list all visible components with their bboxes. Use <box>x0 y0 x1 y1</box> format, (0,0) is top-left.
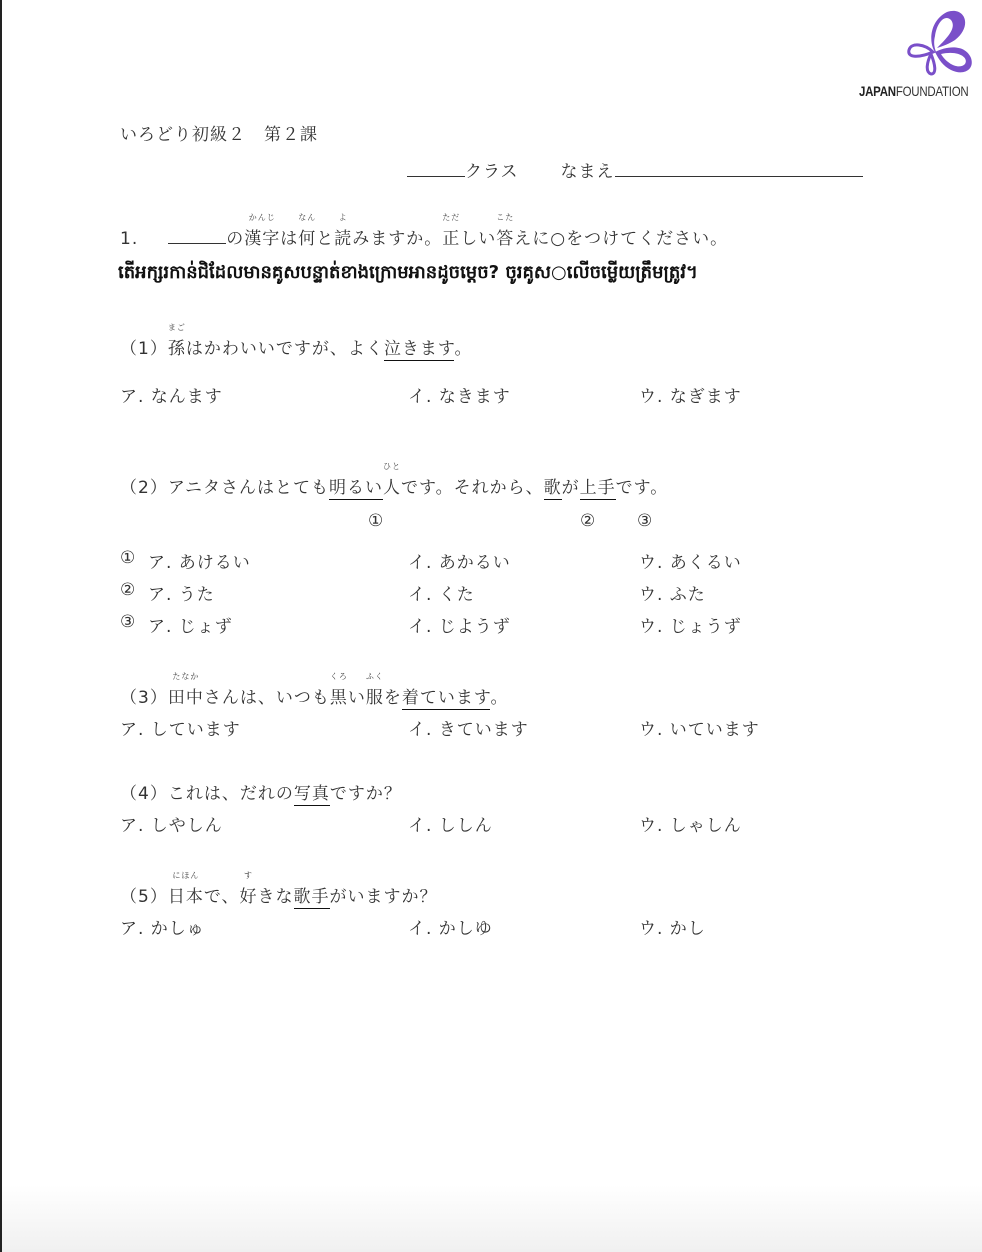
text: 。 <box>490 688 508 708</box>
text: 。 <box>454 339 472 359</box>
class-name-row: クラスなまえ <box>407 157 863 182</box>
text: です。 <box>616 478 669 498</box>
text: が <box>562 478 580 498</box>
name-label: なまえ <box>561 162 615 182</box>
text: さんは、いつも <box>204 688 330 708</box>
text: い <box>348 688 366 708</box>
q1-option-u[interactable]: ウ. なぎます <box>639 382 742 407</box>
text: えに○をつけてください。 <box>514 229 728 249</box>
q2-row2-option-a[interactable]: ア. うた <box>148 580 215 605</box>
question-number: 1. <box>120 229 138 249</box>
instruction-blank <box>168 226 226 244</box>
q2-row1-option-a[interactable]: ア. あけるい <box>148 548 251 573</box>
underlined-word: 写真 <box>294 784 330 806</box>
ruby-nan: なん何 <box>298 224 316 249</box>
marker-3: ③ <box>637 511 653 531</box>
text: みますか。 <box>352 229 442 249</box>
class-blank[interactable] <box>407 159 465 177</box>
question-5: （5）にほん日本で、す好きな歌手がいますか？ <box>120 882 438 907</box>
ruby-tada: ただ正 <box>442 224 460 249</box>
q2-row2-option-u[interactable]: ウ. ふた <box>639 580 706 605</box>
ruby-yo: よ読 <box>334 224 352 249</box>
text: がいますか？ <box>330 887 438 907</box>
question-label: （4） <box>120 784 168 804</box>
ruby-tanaka: たなか田中 <box>168 683 204 708</box>
text: きな <box>258 887 294 907</box>
underlined-word-3: 上手 <box>580 478 616 500</box>
text: です。それから、 <box>401 478 544 498</box>
q5-option-u[interactable]: ウ. かし <box>639 914 706 939</box>
question-3: （3）たなか田中さんは、いつもくろ黒いふく服を着ています。 <box>120 683 508 708</box>
q4-option-a[interactable]: ア. しやしん <box>120 811 223 836</box>
q2-row3-marker: ③ <box>120 612 136 632</box>
q5-option-i[interactable]: イ. かしゆ <box>408 914 493 939</box>
q4-option-u[interactable]: ウ. しゃしん <box>639 811 742 836</box>
ruby-nihon: にほん日本 <box>168 882 204 907</box>
ruby-su: す好 <box>240 882 258 907</box>
worksheet-page: JAPANFOUNDATION いろどり初級２ 第２課 クラスなまえ 1.のかん… <box>0 0 982 1252</box>
text: アニタさんはとても <box>168 478 329 498</box>
japan-foundation-logo: JAPANFOUNDATION <box>857 8 977 103</box>
q2-row2-option-i[interactable]: イ. くた <box>408 580 475 605</box>
text: の <box>226 229 244 249</box>
text: と <box>316 229 334 249</box>
underlined-word: 泣きます <box>384 339 455 361</box>
question-label: （1） <box>120 339 168 359</box>
underlined-word: 着ています <box>402 688 491 710</box>
q1-option-i[interactable]: イ. なきます <box>408 382 511 407</box>
text: は <box>280 229 298 249</box>
marker-1: ① <box>368 511 384 531</box>
instruction-khmer: តើអក្សរកាន់ជិដែលមានគូសបន្ទាត់ខាងក្រោមអាន… <box>118 260 698 287</box>
question-label: （2） <box>120 478 168 498</box>
q5-option-a[interactable]: ア. かしゅ <box>120 914 205 939</box>
ruby-mago: まご孫 <box>168 334 186 359</box>
worksheet-title: いろどり初級２ 第２課 <box>120 120 318 145</box>
ruby-kuro: くろ黒 <box>330 683 348 708</box>
ruby-kanji: かんじ漢字 <box>244 224 280 249</box>
ruby-fuku: ふく服 <box>366 683 384 708</box>
marker-2: ② <box>580 511 596 531</box>
class-label: クラス <box>465 162 519 182</box>
ruby-kota: こた答 <box>496 224 514 249</box>
q4-option-i[interactable]: イ. ししん <box>408 811 493 836</box>
q2-row1-marker: ① <box>120 548 136 568</box>
name-blank[interactable] <box>615 159 863 177</box>
text: ですか？ <box>330 784 402 804</box>
question-4: （4）これは、だれの写真ですか？ <box>120 779 402 804</box>
underlined-word: 歌手 <box>294 887 330 909</box>
ruby-hito: ひと人 <box>383 473 401 498</box>
instruction-japanese: 1.のかんじ漢字はなん何とよ読みますか。ただ正しいこた答えに○をつけてください。 <box>120 224 728 249</box>
q3-option-i[interactable]: イ. きています <box>408 715 529 740</box>
q3-option-u[interactable]: ウ. いています <box>639 715 760 740</box>
butterfly-logo-icon <box>907 8 975 78</box>
text: で、 <box>204 887 240 907</box>
text: これは、だれの <box>168 784 294 804</box>
q3-option-a[interactable]: ア. しています <box>120 715 241 740</box>
question-2: （2）アニタさんはとても明るいひと人です。それから、歌が上手です。 <box>120 473 668 498</box>
q2-row3-option-a[interactable]: ア. じょず <box>148 612 233 637</box>
underlined-word-1: 明るい <box>329 478 383 500</box>
logo-wordmark: JAPANFOUNDATION <box>859 83 968 99</box>
q2-row1-option-i[interactable]: イ. あかるい <box>408 548 511 573</box>
text: はかわいいですが、よく <box>186 339 384 359</box>
q2-row3-option-u[interactable]: ウ. じょうず <box>639 612 742 637</box>
q2-row2-marker: ② <box>120 580 136 600</box>
question-1: （1）まご孫はかわいいですが、よく泣きます。 <box>120 334 472 359</box>
q1-option-a[interactable]: ア. なんます <box>120 382 223 407</box>
underlined-word-2: 歌 <box>544 478 562 500</box>
q2-row3-option-i[interactable]: イ. じようず <box>408 612 511 637</box>
text: を <box>384 688 402 708</box>
question-label: （5） <box>120 887 168 907</box>
question-label: （3） <box>120 688 168 708</box>
q2-row1-option-u[interactable]: ウ. あくるい <box>639 548 742 573</box>
text: しい <box>460 229 496 249</box>
